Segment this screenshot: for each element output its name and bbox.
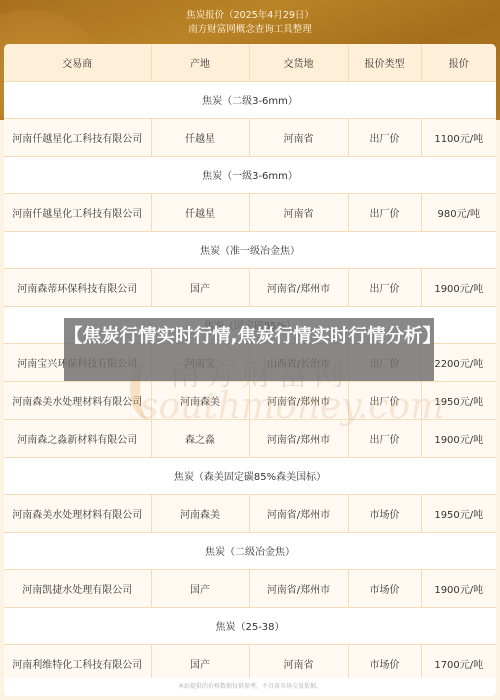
cell-price-type: 出厂价 (348, 118, 421, 156)
table-row: 河南凯捷水处理有限公司 国产 河南省/郑州市 市场价 1900元/吨 (4, 569, 496, 607)
cell-price: 980元/吨 (421, 193, 496, 231)
cell-delivery: 河南省 (249, 118, 348, 156)
group-row: 焦炭（二级3-6mm） (4, 81, 496, 118)
group-label: 焦炭（二级冶金焦） (4, 532, 496, 569)
cell-price-type: 出厂价 (348, 419, 421, 457)
cell-price-type: 出厂价 (348, 268, 421, 306)
group-row: 焦炭（一级3-6mm） (4, 156, 496, 193)
table-row: 河南仟越星化工科技有限公司 仟越星 河南省 出厂价 980元/吨 (4, 193, 496, 231)
cell-price-type: 市场价 (348, 644, 421, 682)
cell-delivery: 河南省 (249, 644, 348, 682)
table-row: 河南仟越星化工科技有限公司 仟越星 河南省 出厂价 1100元/吨 (4, 118, 496, 156)
cell-delivery: 河南省/郑州市 (249, 494, 348, 532)
group-label: 焦炭（二级3-6mm） (4, 81, 496, 118)
cell-price-type: 出厂价 (348, 193, 421, 231)
cell-origin: 森之淼 (151, 419, 249, 457)
header-trader: 交易商 (4, 44, 151, 81)
cell-origin: 河南森美 (151, 381, 249, 419)
cell-delivery: 河南省/郑州市 (249, 569, 348, 607)
cell-delivery: 河南省/郑州市 (249, 419, 348, 457)
header-origin: 产地 (151, 44, 249, 81)
cell-price-type: 出厂价 (348, 381, 421, 419)
cell-price-type: 市场价 (348, 494, 421, 532)
cell-origin: 国产 (151, 268, 249, 306)
group-row: 焦炭（准一级冶金焦） (4, 231, 496, 268)
cell-trader: 河南森之淼新材料有限公司 (4, 419, 151, 457)
overlay-title: 【焦炭行情实时行情,焦炭行情实时行情分析】 (64, 318, 434, 381)
header-delivery: 交货地 (249, 44, 348, 81)
cell-price: 1950元/吨 (421, 381, 496, 419)
group-label: 焦炭（一级3-6mm） (4, 156, 496, 193)
group-label: 焦炭（准一级冶金焦） (4, 231, 496, 268)
cell-trader: 河南仟越星化工科技有限公司 (4, 118, 151, 156)
group-row: 焦炭（二级冶金焦） (4, 532, 496, 569)
cell-origin: 河南森美 (151, 494, 249, 532)
cell-origin: 仟越星 (151, 118, 249, 156)
table-row: 河南森美水处理材料有限公司 河南森美 河南省/郑州市 出厂价 1950元/吨 (4, 381, 496, 419)
cell-origin: 仟越星 (151, 193, 249, 231)
cell-origin: 国产 (151, 569, 249, 607)
table-row: 河南森蒂环保科技有限公司 国产 河南省/郑州市 出厂价 1900元/吨 (4, 268, 496, 306)
cell-delivery: 河南省/郑州市 (249, 381, 348, 419)
cell-trader: 河南仟越星化工科技有限公司 (4, 193, 151, 231)
group-label: 焦炭（25-38） (4, 607, 496, 644)
table-row: 河南森之淼新材料有限公司 森之淼 河南省/郑州市 出厂价 1900元/吨 (4, 419, 496, 457)
cell-price: 1700元/吨 (421, 644, 496, 682)
cell-trader: 河南森美水处理材料有限公司 (4, 381, 151, 419)
cell-price: 1900元/吨 (421, 569, 496, 607)
cell-price: 1900元/吨 (421, 268, 496, 306)
cell-delivery: 河南省/郑州市 (249, 268, 348, 306)
banner-title-line1: 焦炭报价（2025年4月29日） (0, 9, 500, 23)
cell-price-type: 市场价 (348, 569, 421, 607)
cell-trader: 河南森蒂环保科技有限公司 (4, 268, 151, 306)
cell-price: 1100元/吨 (421, 118, 496, 156)
table-header-row: 交易商 产地 交货地 报价类型 报价 (4, 44, 496, 81)
cell-price: 1950元/吨 (421, 494, 496, 532)
cell-trader: 河南利维特化工科技有限公司 (4, 644, 151, 682)
group-label: 焦炭（森美固定碳85%森美国标） (4, 457, 496, 494)
group-row: 焦炭（25-38） (4, 607, 496, 644)
header-price-type: 报价类型 (348, 44, 421, 81)
table-row: 河南利维特化工科技有限公司 国产 河南省 市场价 1700元/吨 (4, 644, 496, 682)
cell-price: 1900元/吨 (421, 419, 496, 457)
group-row: 焦炭（森美固定碳85%森美国标） (4, 457, 496, 494)
cell-trader: 河南凯捷水处理有限公司 (4, 569, 151, 607)
header-price: 报价 (421, 44, 496, 81)
table-row: 河南森美水处理材料有限公司 河南森美 河南省/郑州市 市场价 1950元/吨 (4, 494, 496, 532)
cell-delivery: 河南省 (249, 193, 348, 231)
banner-title: 焦炭报价（2025年4月29日） 南方财富网概念查询工具整理 (0, 9, 500, 37)
cell-trader: 河南森美水处理材料有限公司 (4, 494, 151, 532)
cell-origin: 国产 (151, 644, 249, 682)
disclaimer: 本站提供的价格数据仅供参考，不具备市场交易依据。 (4, 678, 496, 696)
banner-title-line2: 南方财富网概念查询工具整理 (0, 23, 500, 37)
